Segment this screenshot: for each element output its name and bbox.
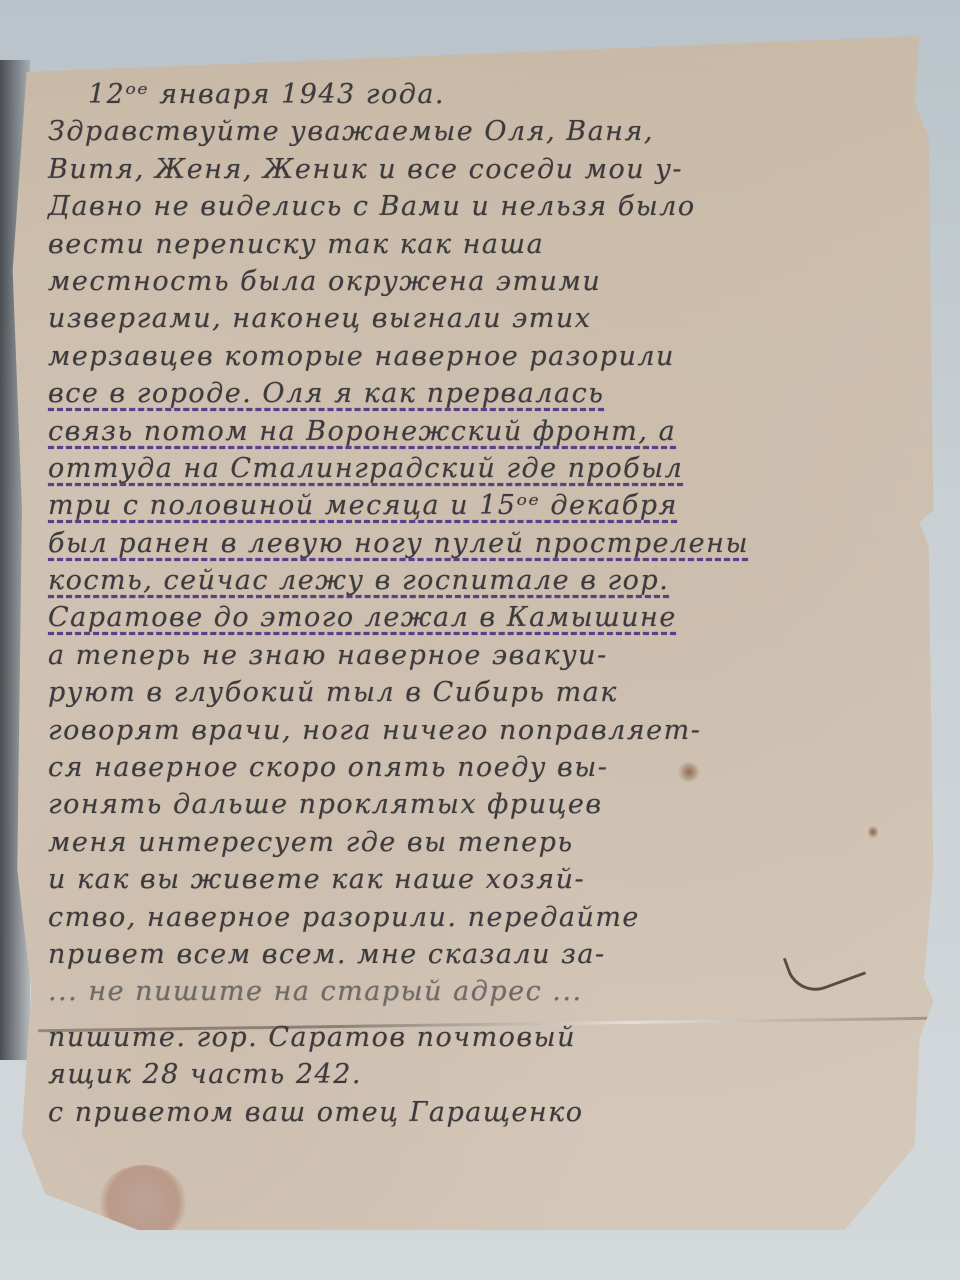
letter-signature-block: пишите. гор. Саратов почтовыйящик 28 час…: [48, 1019, 918, 1131]
letter-line-text: местность была окружена этими: [48, 266, 601, 297]
letter-line-text: Витя, Женя, Женик и все соседи мои у-: [48, 154, 683, 185]
letter-line-text: ся наверное скоро опять поеду вы-: [48, 752, 608, 783]
letter-line: Давно не виделись с Вами и нельзя было: [48, 188, 918, 225]
letter-line: был ранен в левую ногу пулей прострелены: [48, 525, 918, 562]
letter-line: ... не пишите на старый адрес ...: [48, 973, 918, 1010]
letter-line: три с половиной месяца и 15ᵒᵉ декабря: [48, 487, 918, 524]
letter-line-text: ство, наверное разорили. передайте: [48, 902, 640, 933]
letter-line-text: кость, сейчас лежу в госпитале в гор.: [48, 565, 669, 596]
letter-line: ся наверное скоро опять поеду вы-: [48, 749, 918, 786]
letter-line: оттуда на Сталинградский где пробыл: [48, 450, 918, 487]
letter-line-text: меня интересует где вы теперь: [48, 827, 574, 858]
letter-line-text: ... не пишите на старый адрес ...: [48, 976, 583, 1007]
letter-line-text: говорят врачи, нога ничего поправляет-: [48, 715, 701, 746]
letter-line: и как вы живете как наше хозяй-: [48, 861, 918, 898]
letter-line: меня интересует где вы теперь: [48, 824, 918, 861]
letter-line-text: привет всем всем. мне сказали за-: [48, 939, 606, 970]
letter-line: извергами, наконец выгнали этих: [48, 300, 918, 337]
letter-paper: 12ᵒᵉ января 1943 года. Здравствуйте уваж…: [8, 30, 938, 1230]
letter-lines: Здравствуйте уважаемые Оля, Ваня,Витя, Ж…: [48, 113, 918, 1010]
letter-line: местность была окружена этими: [48, 263, 918, 300]
letter-body: 12ᵒᵉ января 1943 года. Здравствуйте уваж…: [48, 76, 918, 1131]
letter-line-text: а теперь не знаю наверное эвакуи-: [48, 640, 608, 671]
letter-line-text: вести переписку так как наша: [48, 229, 544, 260]
letter-line-text: руют в глубокий тыл в Сибирь так: [48, 677, 618, 708]
letter-signature: с приветом ваш отец Гаращенко: [48, 1094, 918, 1131]
letter-line-text: был ранен в левую ногу пулей прострелены: [48, 528, 749, 559]
letter-date: 12ᵒᵉ января 1943 года.: [48, 76, 918, 113]
letter-line-text: гонять дальше проклятых фрицев: [48, 789, 603, 820]
letter-address-line: пишите. гор. Саратов почтовый: [48, 1019, 918, 1056]
letter-line: Витя, Женя, Женик и все соседи мои у-: [48, 151, 918, 188]
stain: [98, 1165, 188, 1240]
letter-line: кость, сейчас лежу в госпитале в гор.: [48, 562, 918, 599]
letter-line-text: и как вы живете как наше хозяй-: [48, 864, 585, 895]
letter-line-text: Саратове до этого лежал в Камышине: [48, 602, 677, 633]
letter-line: вести переписку так как наша: [48, 226, 918, 263]
letter-line: Здравствуйте уважаемые Оля, Ваня,: [48, 113, 918, 150]
letter-line: Саратове до этого лежал в Камышине: [48, 599, 918, 636]
letter-line-text: все в городе. Оля я как прервалась: [48, 378, 604, 409]
letter-address-line: ящик 28 часть 242.: [48, 1056, 918, 1093]
letter-line: гонять дальше проклятых фрицев: [48, 786, 918, 823]
letter-line: руют в глубокий тыл в Сибирь так: [48, 674, 918, 711]
letter-line: связь потом на Воронежский фронт, а: [48, 413, 918, 450]
letter-line-text: Давно не виделись с Вами и нельзя было: [48, 191, 696, 222]
letter-line-text: Здравствуйте уважаемые Оля, Ваня,: [48, 116, 654, 147]
letter-line-text: оттуда на Сталинградский где пробыл: [48, 453, 683, 484]
letter-line: все в городе. Оля я как прервалась: [48, 375, 918, 412]
letter-line: говорят врачи, нога ничего поправляет-: [48, 712, 918, 749]
letter-line-text: три с половиной месяца и 15ᵒᵉ декабря: [48, 490, 678, 521]
letter-line: а теперь не знаю наверное эвакуи-: [48, 637, 918, 674]
letter-line: ство, наверное разорили. передайте: [48, 899, 918, 936]
letter-line-text: мерзавцев которые наверное разорили: [48, 341, 675, 372]
letter-line: мерзавцев которые наверное разорили: [48, 338, 918, 375]
letter-line: привет всем всем. мне сказали за-: [48, 936, 918, 973]
letter-line-text: извергами, наконец выгнали этих: [48, 303, 591, 334]
letter-line-text: связь потом на Воронежский фронт, а: [48, 416, 676, 447]
